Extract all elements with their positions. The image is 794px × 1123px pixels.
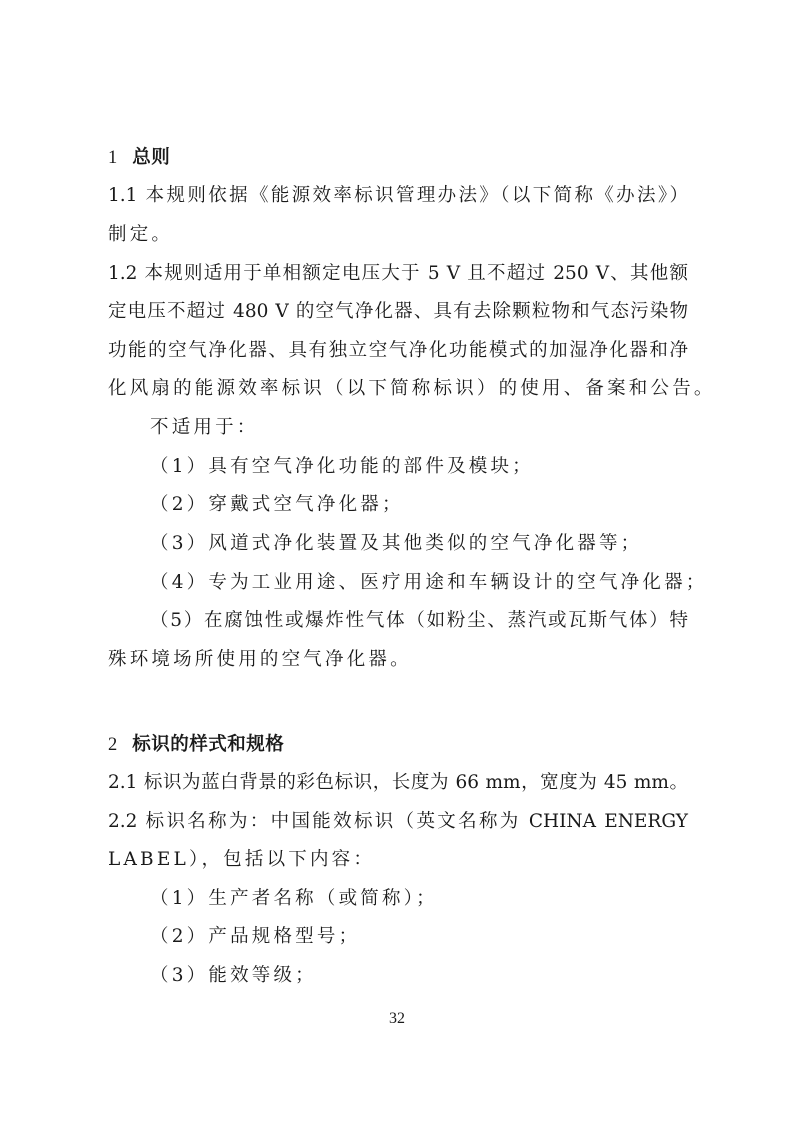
- paragraph-line: LABEL），包括以下内容：: [108, 848, 688, 872]
- paragraph-line: 制定。: [108, 223, 688, 247]
- section-title: 标识的样式和规格: [132, 734, 284, 755]
- paragraph-line: 功能的空气净化器、具有独立空气净化功能模式的加湿净化器和净: [108, 339, 688, 363]
- list-item: （4）专为工业用途、医疗用途和车辆设计的空气净化器；: [150, 571, 730, 595]
- list-item: （3）能效等级；: [150, 964, 730, 988]
- paragraph-line: 定电压不超过 480 V 的空气净化器、具有去除颗粒物和气态污染物: [108, 300, 688, 324]
- paragraph-line: 不适用于：: [150, 416, 730, 440]
- document-page: 1 总则 1.1 本规则依据《能源效率标识管理办法》（以下简称《办法》） 制定。…: [0, 0, 794, 1123]
- section-2-heading: 2 标识的样式和规格: [108, 733, 688, 757]
- list-item: （2）产品规格型号；: [150, 925, 730, 949]
- paragraph-line: 2.1 标识为蓝白背景的彩色标识，长度为 66 mm，宽度为 45 mm。: [108, 771, 688, 795]
- list-item: （5）在腐蚀性或爆炸性气体（如粉尘、蒸汽或瓦斯气体）特: [150, 609, 688, 633]
- page-number: 32: [0, 1010, 794, 1028]
- paragraph-line: 1.1 本规则依据《能源效率标识管理办法》（以下简称《办法》）: [108, 184, 688, 208]
- section-1-heading: 1 总则: [108, 146, 688, 170]
- section-number: 1: [108, 148, 117, 168]
- paragraph-line: 1.2 本规则适用于单相额定电压大于 5 V 且不超过 250 V、其他额: [108, 262, 688, 286]
- list-item-continuation: 殊环境场所使用的空气净化器。: [108, 648, 688, 672]
- paragraph-line: 2.2 标识名称为：中国能效标识（英文名称为 CHINA ENERGY: [108, 810, 688, 834]
- list-item: （1）生产者名称（或简称）；: [150, 887, 730, 911]
- list-item: （2）穿戴式空气净化器；: [150, 493, 730, 517]
- section-title: 总则: [132, 147, 170, 168]
- section-number: 2: [108, 735, 117, 755]
- paragraph-line: 化风扇的能源效率标识（以下简称标识）的使用、备案和公告。: [108, 377, 688, 401]
- list-item: （1）具有空气净化功能的部件及模块；: [150, 455, 730, 479]
- list-item: （3）风道式净化装置及其他类似的空气净化器等；: [150, 532, 730, 556]
